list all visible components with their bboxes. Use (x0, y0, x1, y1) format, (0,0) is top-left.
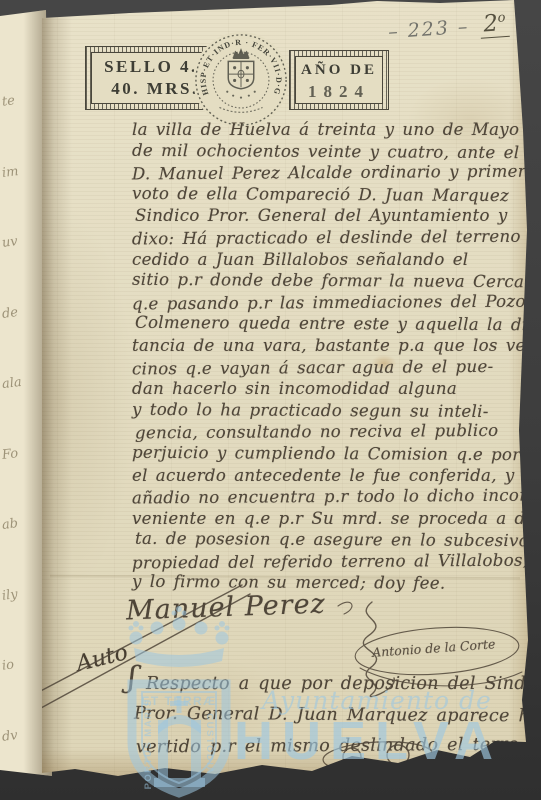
ink-folio-number: 2o (479, 10, 509, 39)
manuscript-line: la villa de Huelva á treinta y uno de Ma… (132, 119, 530, 141)
manuscript-line: perjuicio y cumpliendo la Comision q.e p… (132, 442, 530, 466)
gutter-shadow (42, 0, 72, 800)
auto-brace-mark: ʃ (127, 660, 138, 695)
manuscript-line: ta. de posesion q.e asegure en lo subces… (135, 528, 530, 552)
document-page: SELLO 4.º 40. MRS. AÑO DE 1824 HISP·ET·I… (0, 0, 541, 800)
auto-line: Respecto a que por deposicion del Sindic… (146, 669, 531, 700)
manuscript-line: voto de ella Compareció D. Juan Marquez (132, 183, 530, 207)
manuscript-line: tancia de una vara, bastante p.a que los… (132, 335, 530, 357)
manuscript-line: veniente en q.e p.r Su mrd. se proceda a… (132, 508, 530, 530)
royal-seal-icon: HISP·ET·IND·R · FER·VII·D·G (192, 31, 290, 129)
pencil-folio-number: – 223 – (387, 16, 470, 44)
manuscript-line: gencia, consultando no reciva el publico (135, 420, 530, 444)
manuscript-line: dan hacerlo sin incomodidad alguna (132, 378, 530, 400)
manuscript-body: la villa de Huelva á treinta y uno de Ma… (132, 119, 530, 594)
manuscript-line: Sindico Pror. General del Ayuntamiento y (135, 205, 530, 227)
signature-end-flourish (338, 602, 352, 614)
manuscript-line: el acuerdo antecedente le fue conferida,… (132, 465, 530, 487)
revenue-stamp-right-box: AÑO DE 1824 (289, 50, 389, 110)
manuscript-line: cinos q.e vayan á sacar agua de el pue- (132, 355, 530, 379)
manuscript-line: añadio no encuentra p.r todo lo dicho in… (132, 485, 530, 509)
auto-paragraph: Respecto a que por deposicion del Sindic… (146, 669, 531, 762)
margin-note-auto: Auto (74, 640, 131, 677)
manuscript-line: dixo: Há practicado el deslinde del terr… (132, 226, 530, 250)
signature-manuel-perez: Manuel Perez (126, 589, 327, 627)
stamp-year-label: AÑO DE (298, 60, 380, 81)
closing-loop (387, 745, 409, 765)
stamp-year-value: 1824 (298, 81, 380, 102)
manuscript-line: y todo lo ha practicado segun su inteli- (132, 399, 530, 423)
manuscript-line: sitio p.r donde debe formar la nueva Cer… (132, 269, 530, 293)
auto-line: Pror. General D. Juan Marquez aparece ha… (134, 699, 531, 733)
archive-scan: teimuvdealaFoabilyiodv SELLO 4.º 40. MRS… (0, 0, 541, 800)
manuscript-line: Colmenero queda entre este y aquella la … (135, 312, 530, 336)
manuscript-line: D. Manuel Perez Alcalde ordinario y prim… (132, 161, 530, 185)
folio-numbers: – 223 – 2o (387, 10, 509, 44)
manuscript-line: de mil ochocientos veinte y cuatro, ante… (132, 139, 530, 163)
manuscript-line: y lo firmo con su merced; doy fee. (132, 571, 530, 595)
manuscript-line: cedido a Juan Billalobos señalando el (132, 249, 530, 271)
closing-loop (343, 748, 361, 766)
auto-line: vertido p.r el mismo deslindado el terre… (136, 730, 531, 764)
signature-antonio-de-la-corte: Antonio de la Corte (372, 635, 513, 660)
manuscript-line: q.e pasando p.r las immediaciones del Po… (132, 290, 530, 314)
